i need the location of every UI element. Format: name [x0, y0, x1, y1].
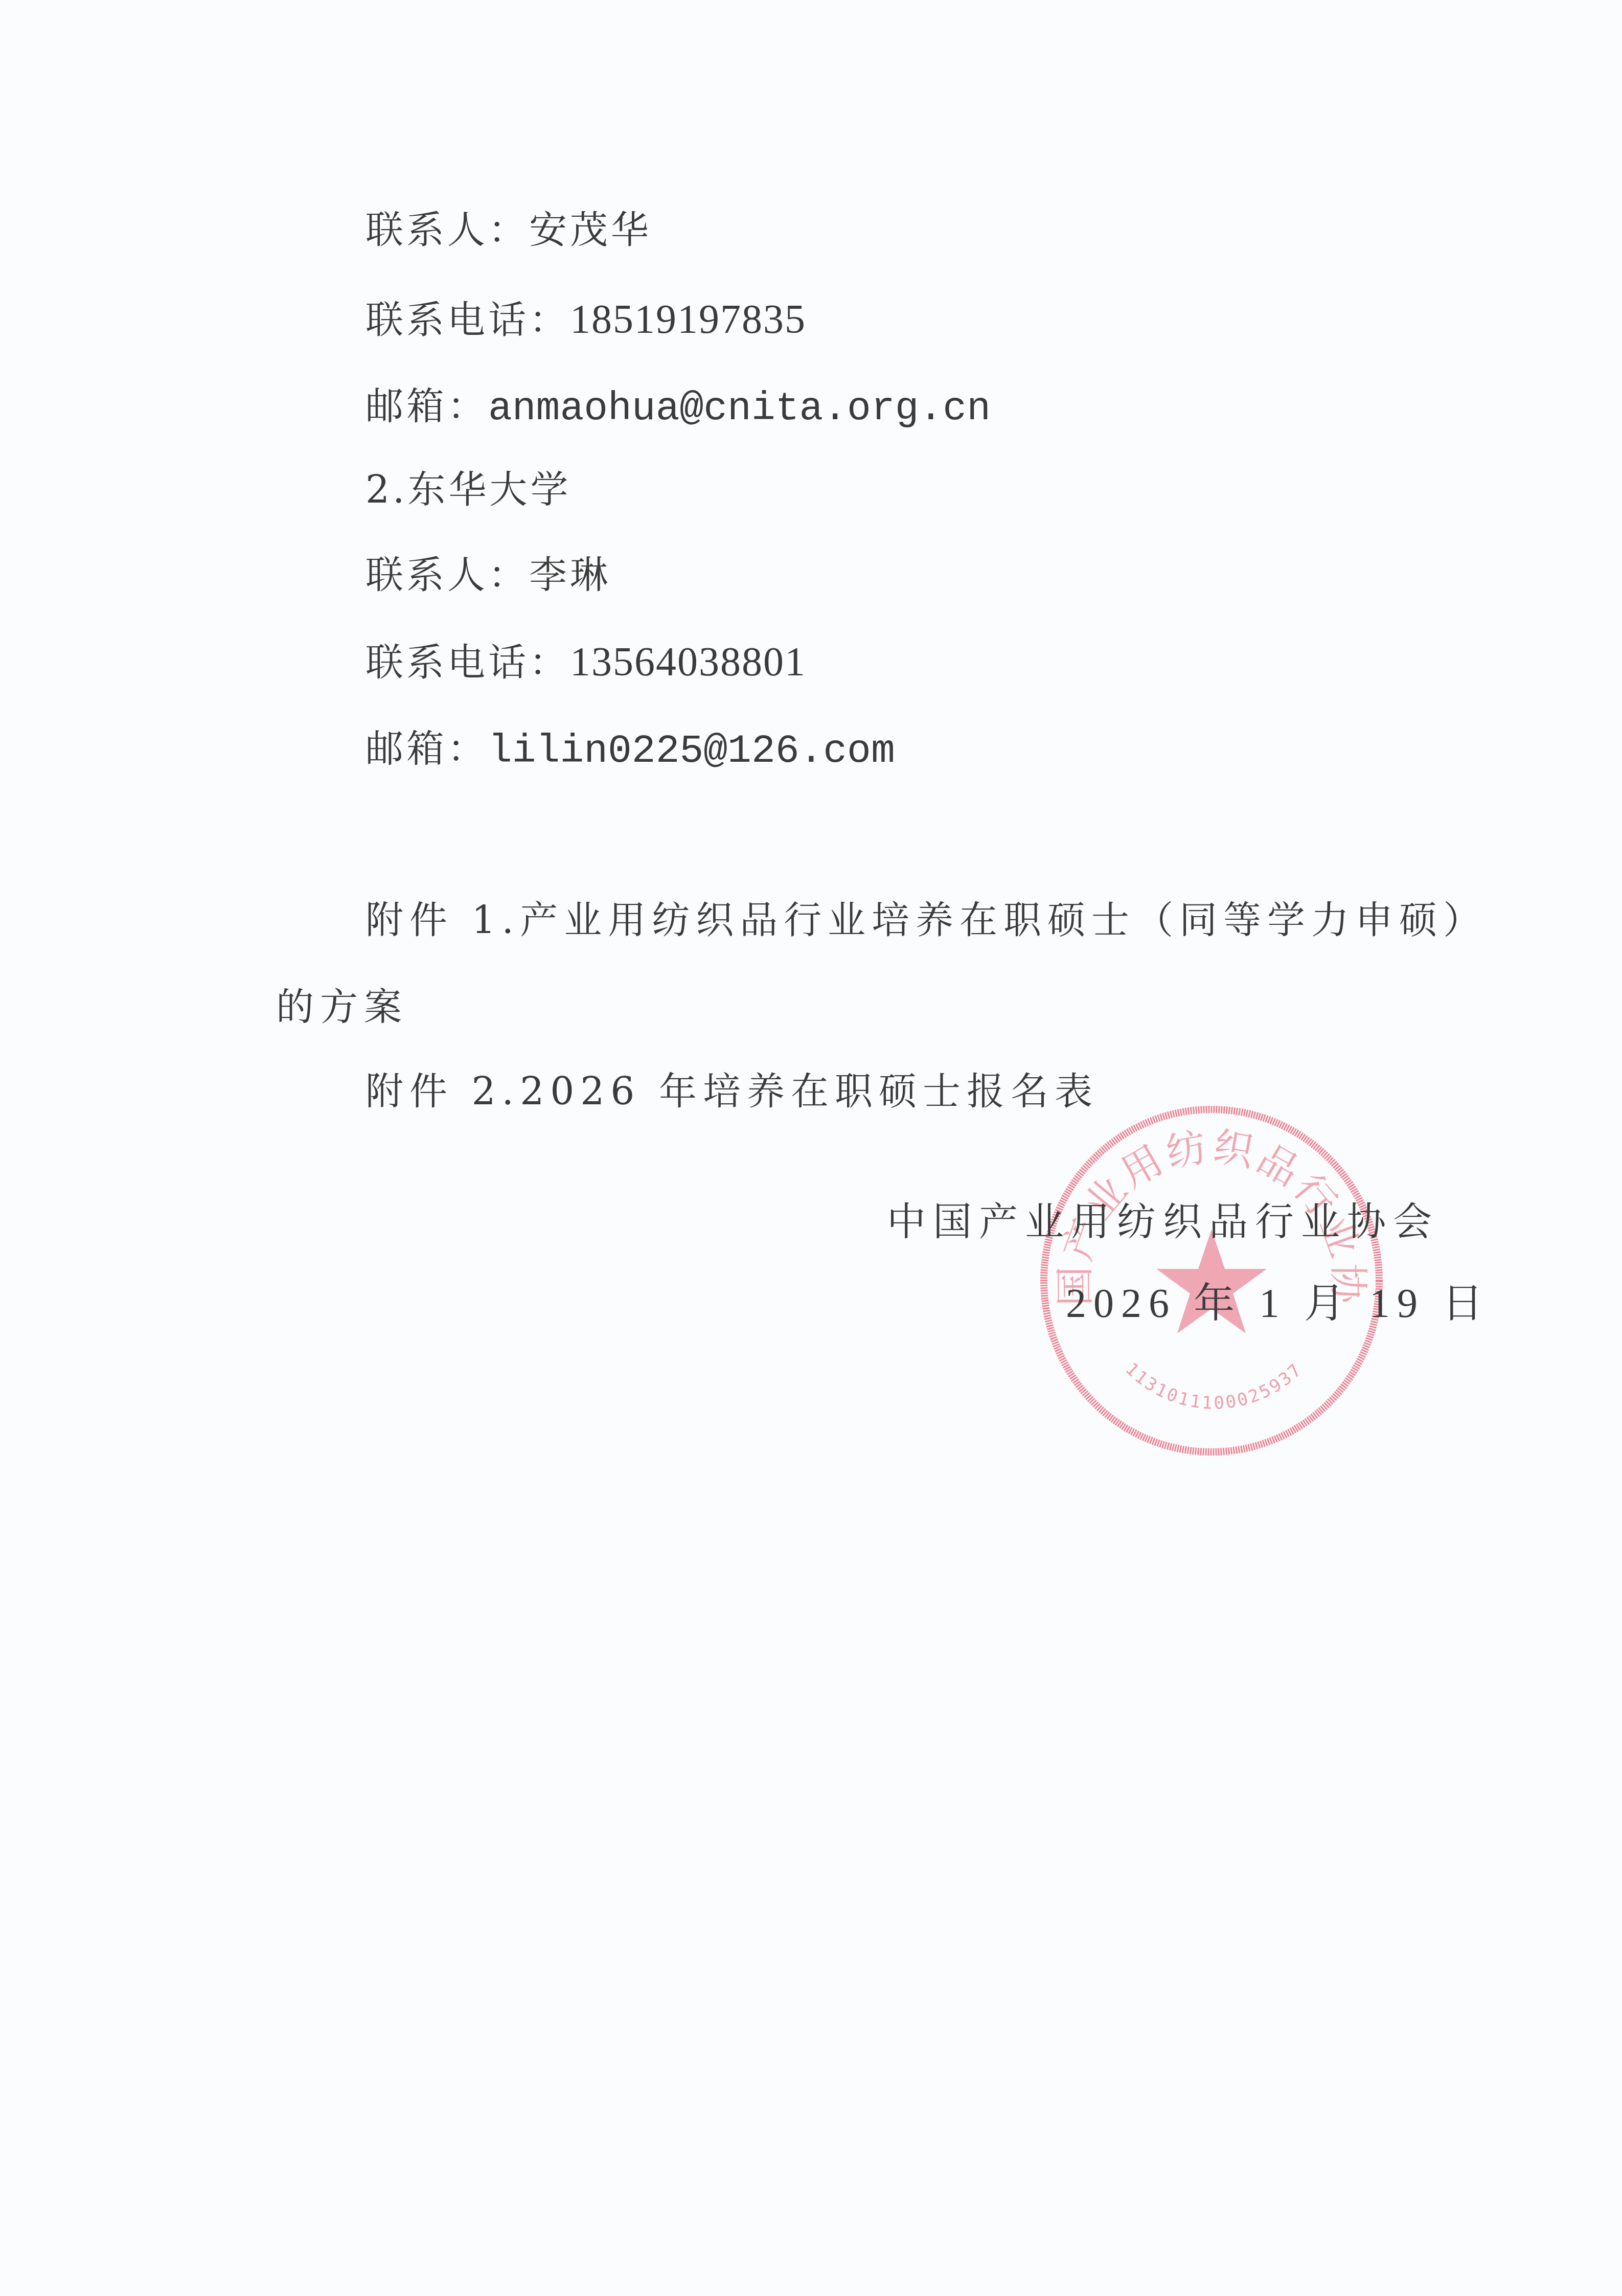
contact2-person-label: 联系人：: [365, 553, 529, 597]
contact2-person-line: 联系人：李琳: [365, 550, 611, 601]
contact2-email-line: 邮箱：lilin0225@126.com: [365, 723, 895, 777]
contact2-person-name: 李琳: [529, 553, 611, 597]
contact1-person-name: 安茂华: [529, 208, 652, 252]
contact1-email-label: 邮箱：: [365, 384, 488, 428]
document-page: 联系人：安茂华 联系电话：18519197835 邮箱：anmaohua@cni…: [0, 0, 1622, 2296]
contact2-phone-line: 联系电话：13564038801: [365, 636, 806, 688]
contact2-phone: 13564038801: [570, 640, 806, 685]
contact1-phone: 18519197835: [570, 297, 806, 342]
svg-text:1131011100025937: 1131011100025937: [1122, 1359, 1307, 1414]
contact1-person-line: 联系人：安茂华: [365, 204, 652, 256]
contact1-email-line: 邮箱：anmaohua@cnita.org.cn: [365, 381, 991, 435]
contact1-person-label: 联系人：: [365, 208, 529, 252]
contact2-email: lilin0225@126.com: [488, 729, 895, 774]
contact1-phone-label: 联系电话：: [365, 298, 570, 342]
signing-organization: 中国产业用纺织品行业协会: [887, 1196, 1439, 1247]
signing-date: 2026 年 1 月 19 日: [1066, 1278, 1490, 1329]
contact1-phone-line: 联系电话：18519197835: [365, 294, 806, 346]
attachment-1-line2: 的方案: [276, 982, 408, 1033]
contact2-phone-label: 联系电话：: [365, 641, 570, 685]
contact1-email: anmaohua@cnita.org.cn: [488, 387, 991, 431]
attachment-2: 附件 2.2026 年培养在职硕士报名表: [365, 1066, 1099, 1117]
contact2-email-label: 邮箱：: [365, 727, 488, 771]
attachment-1-line1: 附件 1.产业用纺织品行业培养在职硕士（同等学力申硕）: [365, 895, 1487, 946]
contact2-org-heading: 2.东华大学: [365, 464, 572, 515]
